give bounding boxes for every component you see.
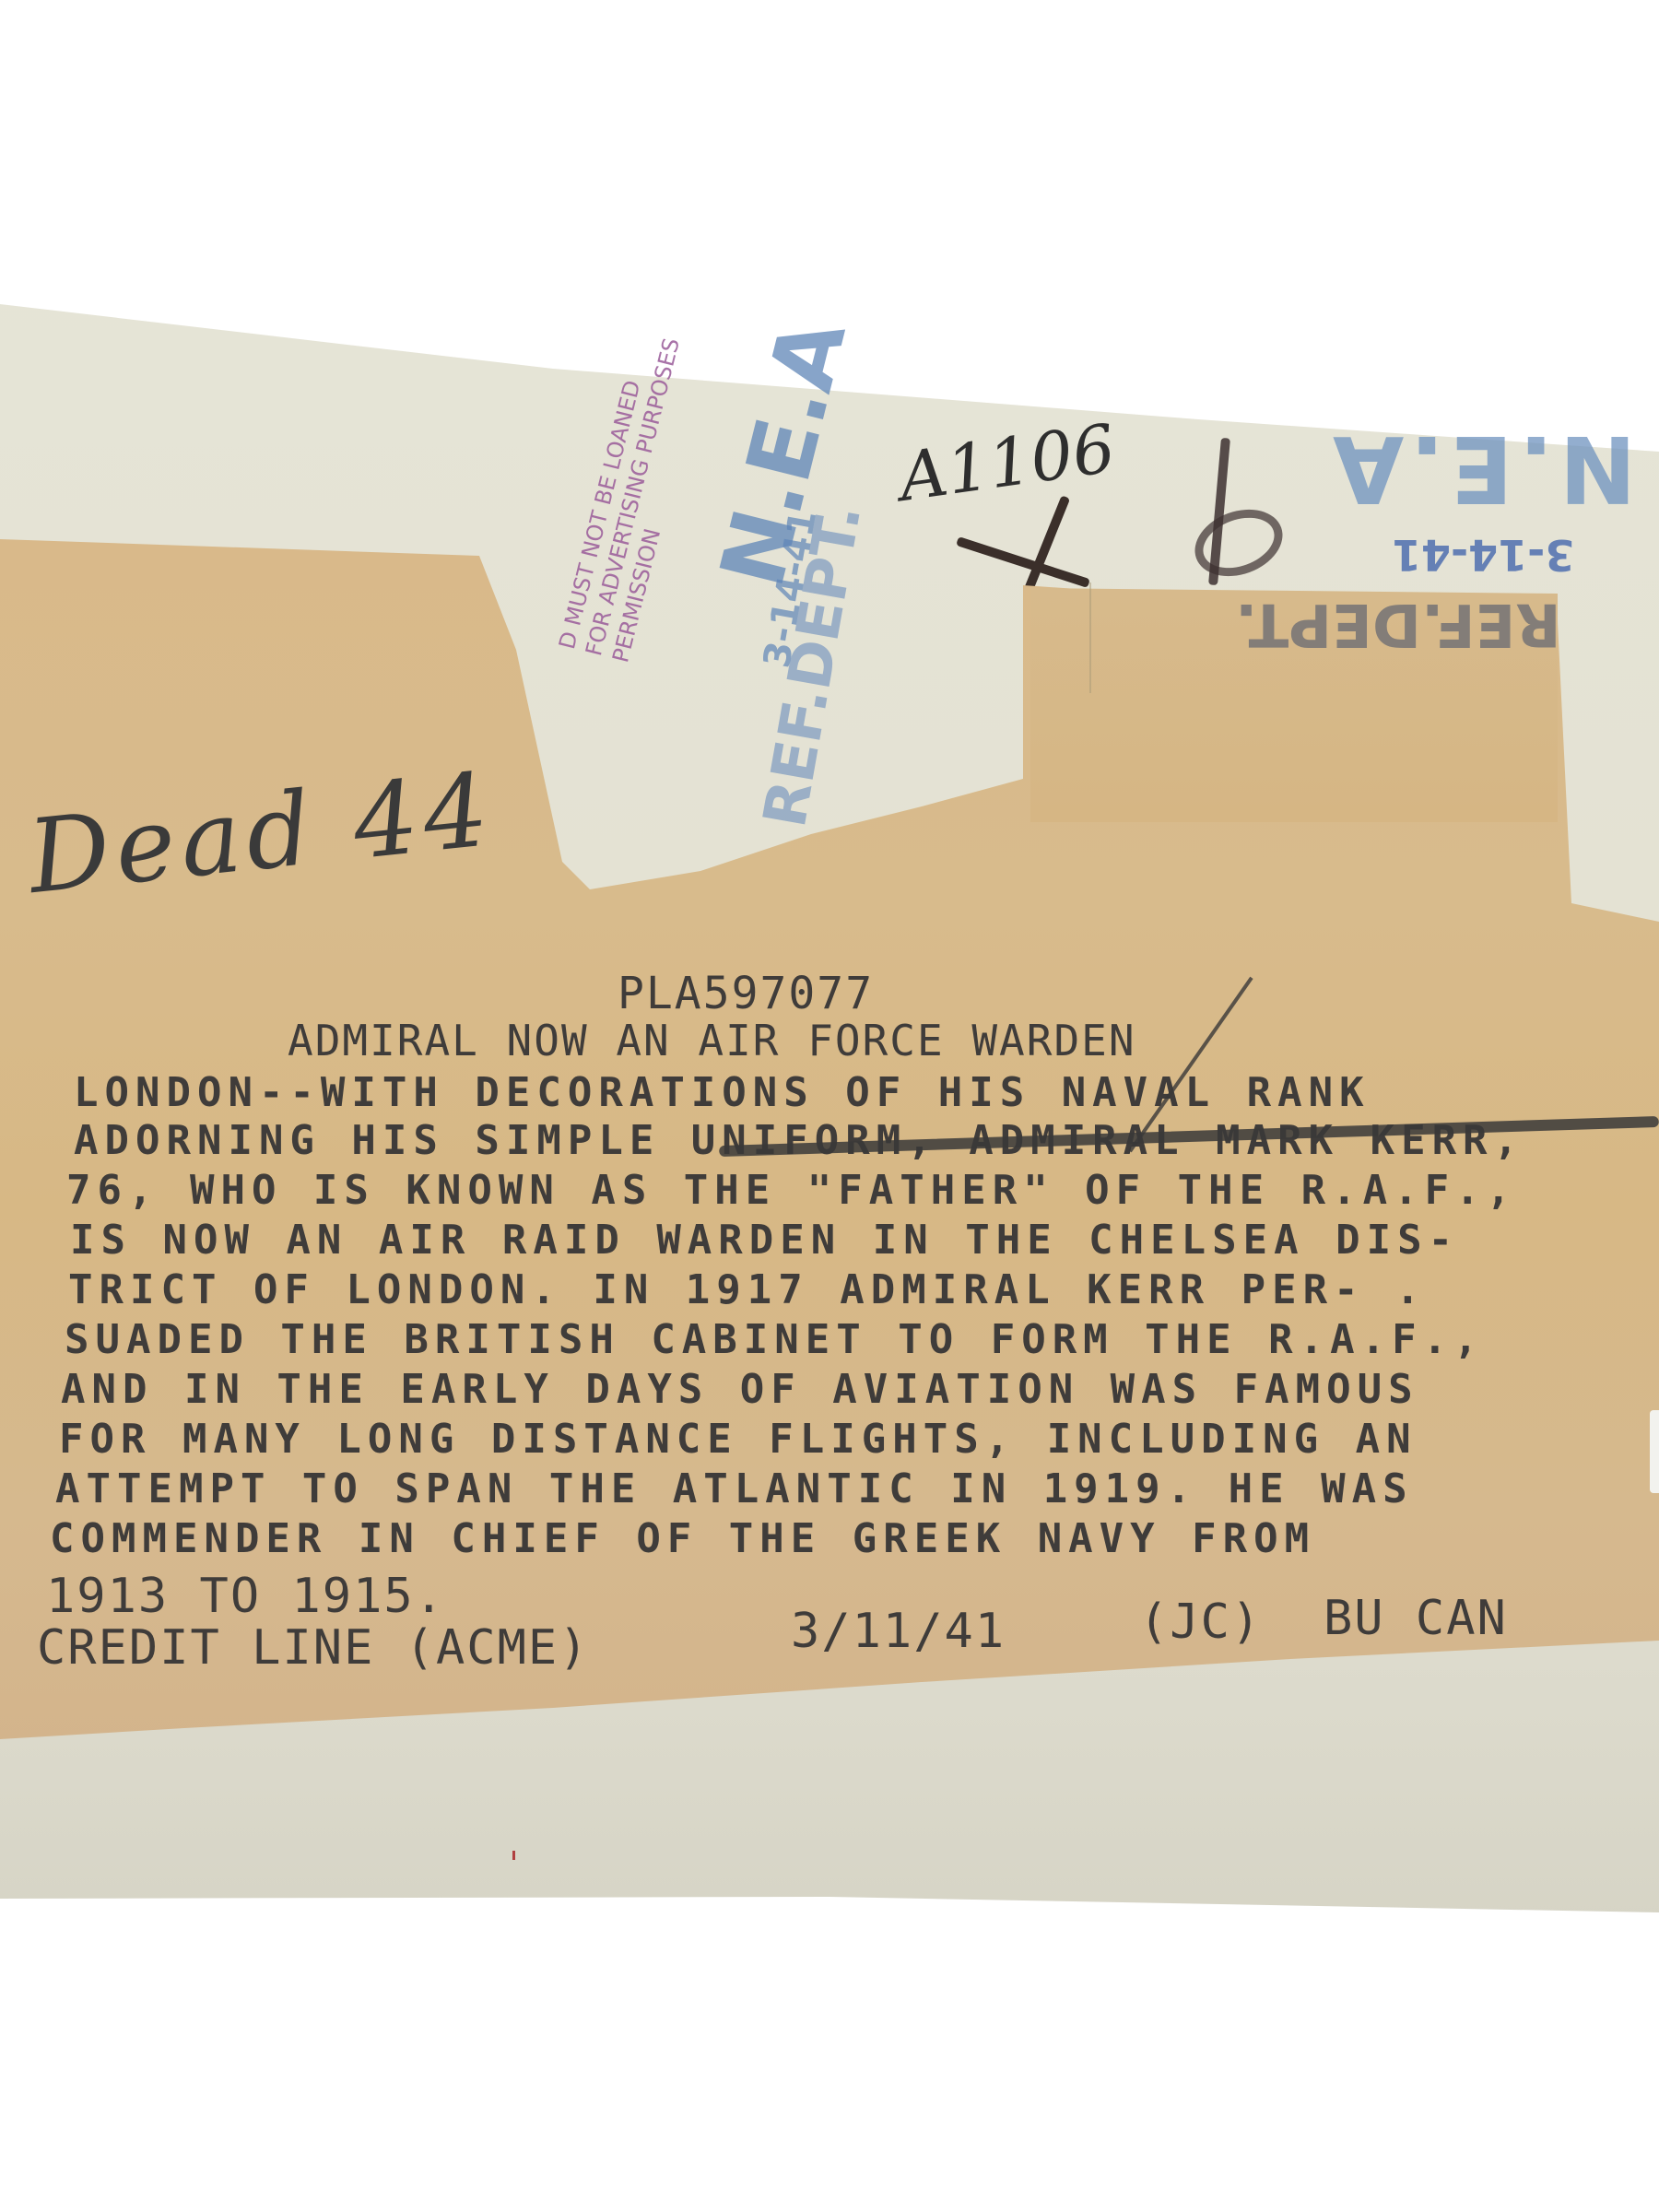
bureau-code: BU CAN [1324,1591,1508,1646]
date-stamp-right: 3-14-41 [1392,530,1574,580]
headline: ADMIRAL NOW AN AIR FORCE WARDEN [288,1016,1136,1065]
dept-stamp-right: REF.DEPT. [1235,590,1561,658]
ink-speck [512,1851,515,1860]
credit-line: CREDIT LINE (ACME) [37,1620,590,1676]
caption-line: LONDON--WITH DECORATIONS OF HIS NAVAL RA… [74,1069,1371,1116]
caption-initials: (JC) [1139,1594,1262,1650]
caption-line: TRICT OF LONDON. IN 1917 ADMIRAL KERR PE… [68,1266,1427,1313]
caption-line: COMMENDER IN CHIEF OF THE GREEK NAVY FRO… [50,1515,1315,1562]
file-number: PLA597077 [618,968,874,1019]
caption-line: IS NOW AN AIR RAID WARDEN IN THE CHELSEA… [70,1217,1459,1264]
caption-line: 76, WHO IS KNOWN AS THE "FATHER" OF THE … [66,1167,1517,1214]
caption-date: 3/11/41 [791,1604,1006,1659]
caption-line: AND IN THE EARLY DAYS OF AVIATION WAS FA… [61,1366,1419,1413]
caption-line: SUADED THE BRITISH CABINET TO FORM THE R… [65,1316,1485,1363]
nea-stamp-right: N.E.A [1327,415,1636,523]
label-fold [1030,582,1091,693]
caption-line: FOR MANY LONG DISTANCE FLIGHTS, INCLUDIN… [59,1416,1418,1463]
edge-tag [1650,1410,1659,1493]
caption-line: ATTEMPT TO SPAN THE ATLANTIC IN 1919. HE… [55,1465,1414,1512]
caption-line: 1913 TO 1915. [46,1569,445,1624]
caption-line: ADORNING HIS SIMPLE UNIFORM, ADMIRAL MAR… [74,1117,1524,1164]
